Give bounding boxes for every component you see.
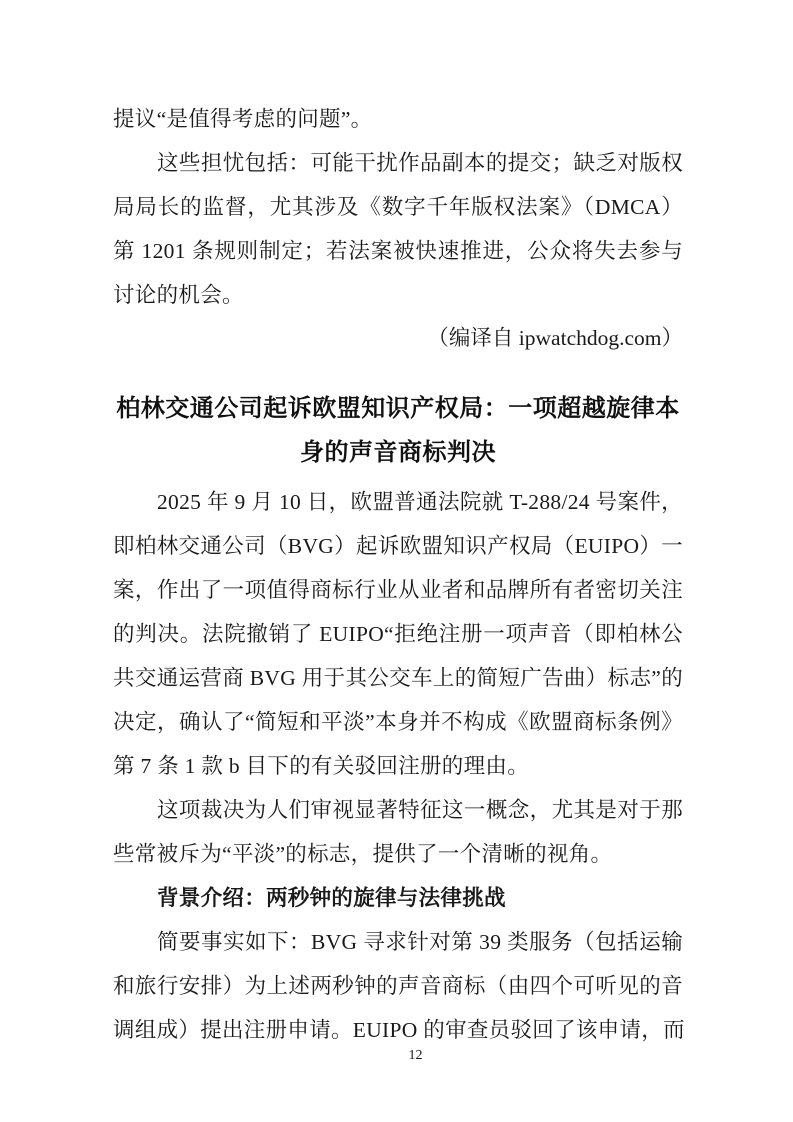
text-line: 提议“是值得考虑的问题”。 xyxy=(113,97,683,141)
text-line: 和旅行安排）为上述两秒钟的声音商标（由四个可听见的音 xyxy=(113,964,683,1008)
text-line: 简要事实如下：BVG 寻求针对第 39 类服务（包括运输 xyxy=(113,920,683,964)
text-line: 案，作出了一项值得商标行业从业者和品牌所有者密切关注 xyxy=(113,568,683,612)
text-line: 第 1201 条规则制定；若法案被快速推进，公众将失去参与 xyxy=(113,229,683,273)
text-line: 共交通运营商 BVG 用于其公交车上的简短广告曲）标志”的 xyxy=(113,656,683,700)
paragraph-continuation-block: 提议“是值得考虑的问题”。这些担忧包括：可能干扰作品副本的提交；缺乏对版权局局长… xyxy=(113,97,683,317)
text-line: 讨论的机会。 xyxy=(113,273,683,317)
text-line: 的判决。法院撤销了 EUIPO“拒绝注册一项声音（即柏林公 xyxy=(113,612,683,656)
text-line: 这些担忧包括：可能干扰作品副本的提交；缺乏对版权 xyxy=(113,141,683,185)
article-body-block: 2025 年 9 月 10 日，欧盟普通法院就 T-288/24 号案件，即柏林… xyxy=(113,480,683,1052)
text-line: 背景介绍：两秒钟的旋律与法律挑战 xyxy=(113,876,683,920)
attribution-line: （编译自 ipwatchdog.com） xyxy=(113,316,683,360)
page-number: 12 xyxy=(38,1046,793,1066)
text-line: 决定，确认了“简短和平淡”本身并不构成《欧盟商标条例》 xyxy=(113,700,683,744)
text-line: 2025 年 9 月 10 日，欧盟普通法院就 T-288/24 号案件， xyxy=(113,480,683,524)
article-title: 柏林交通公司起诉欧盟知识产权局：一项超越旋律本身的声音商标判决 xyxy=(113,387,683,475)
text-line: 第 7 条 1 款 b 目下的有关驳回注册的理由。 xyxy=(113,744,683,788)
document-page: 提议“是值得考虑的问题”。这些担忧包括：可能干扰作品副本的提交；缺乏对版权局局长… xyxy=(0,0,793,1122)
text-line: 些常被斥为“平淡”的标志，提供了一个清晰的视角。 xyxy=(113,832,683,876)
text-line: 身的声音商标判决 xyxy=(113,431,683,475)
text-line: 柏林交通公司起诉欧盟知识产权局：一项超越旋律本 xyxy=(113,387,683,431)
text-line: 即柏林交通公司（BVG）起诉欧盟知识产权局（EUIPO）一 xyxy=(113,524,683,568)
text-line: 局局长的监督，尤其涉及《数字千年版权法案》（DMCA） xyxy=(113,185,683,229)
text-line: 这项裁决为人们审视显著特征这一概念，尤其是对于那 xyxy=(113,788,683,832)
